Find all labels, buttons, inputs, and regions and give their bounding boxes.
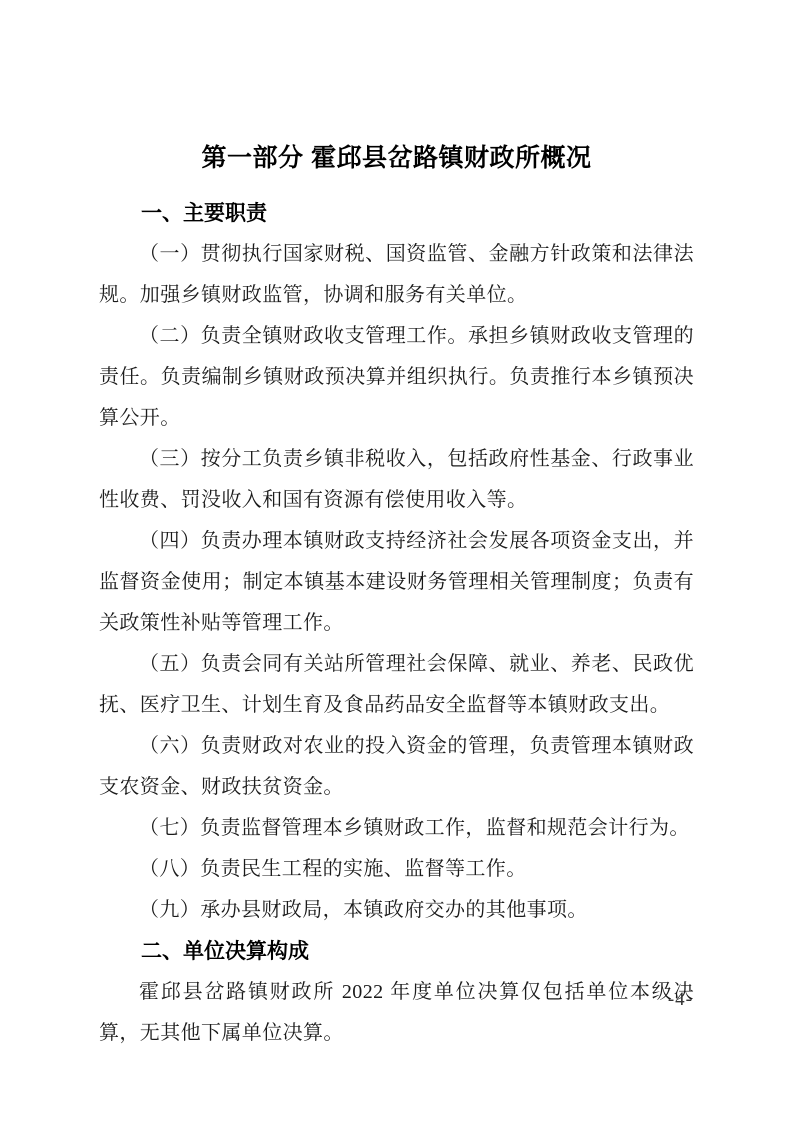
- duty-paragraph-5: （五）负责会同有关站所管理社会保障、就业、养老、民政优抚、医疗卫生、计划生育及食…: [99, 644, 694, 726]
- page-number: -4-: [668, 989, 693, 1011]
- section-heading-duties: 一、主要职责: [99, 193, 694, 234]
- document-page: 第一部分 霍邱县岔路镇财政所概况 一、主要职责 （一）贯彻执行国家财税、国资监管…: [0, 0, 793, 1122]
- section-main-duties: 一、主要职责 （一）贯彻执行国家财税、国资监管、金融方针政策和法律法规。加强乡镇…: [99, 193, 694, 931]
- duty-paragraph-6: （六）负责财政对农业的投入资金的管理，负责管理本镇财政支农资金、财政扶贫资金。: [99, 726, 694, 808]
- section-budget-composition: 二、单位决算构成 霍邱县岔路镇财政所 2022 年度单位决算仅包括单位本级决算，…: [99, 931, 694, 1054]
- duty-paragraph-9: （九）承办县财政局，本镇政府交办的其他事项。: [99, 890, 694, 931]
- duty-paragraph-3: （三）按分工负责乡镇非税收入，包括政府性基金、行政事业性收费、罚没收入和国有资源…: [99, 439, 694, 521]
- duty-paragraph-8: （八）负责民生工程的实施、监督等工作。: [99, 849, 694, 890]
- budget-composition-paragraph: 霍邱县岔路镇财政所 2022 年度单位决算仅包括单位本级决算，无其他下属单位决算…: [99, 972, 694, 1054]
- duty-paragraph-1: （一）贯彻执行国家财税、国资监管、金融方针政策和法律法规。加强乡镇财政监管，协调…: [99, 234, 694, 316]
- document-title: 第一部分 霍邱县岔路镇财政所概况: [99, 141, 694, 175]
- section-heading-budget-composition: 二、单位决算构成: [99, 931, 694, 972]
- duty-paragraph-7: （七）负责监督管理本乡镇财政工作，监督和规范会计行为。: [99, 808, 694, 849]
- duty-paragraph-4: （四）负责办理本镇财政支持经济社会发展各项资金支出，并监督资金使用；制定本镇基本…: [99, 521, 694, 644]
- duty-paragraph-2: （二）负责全镇财政收支管理工作。承担乡镇财政收支管理的责任。负责编制乡镇财政预决…: [99, 316, 694, 439]
